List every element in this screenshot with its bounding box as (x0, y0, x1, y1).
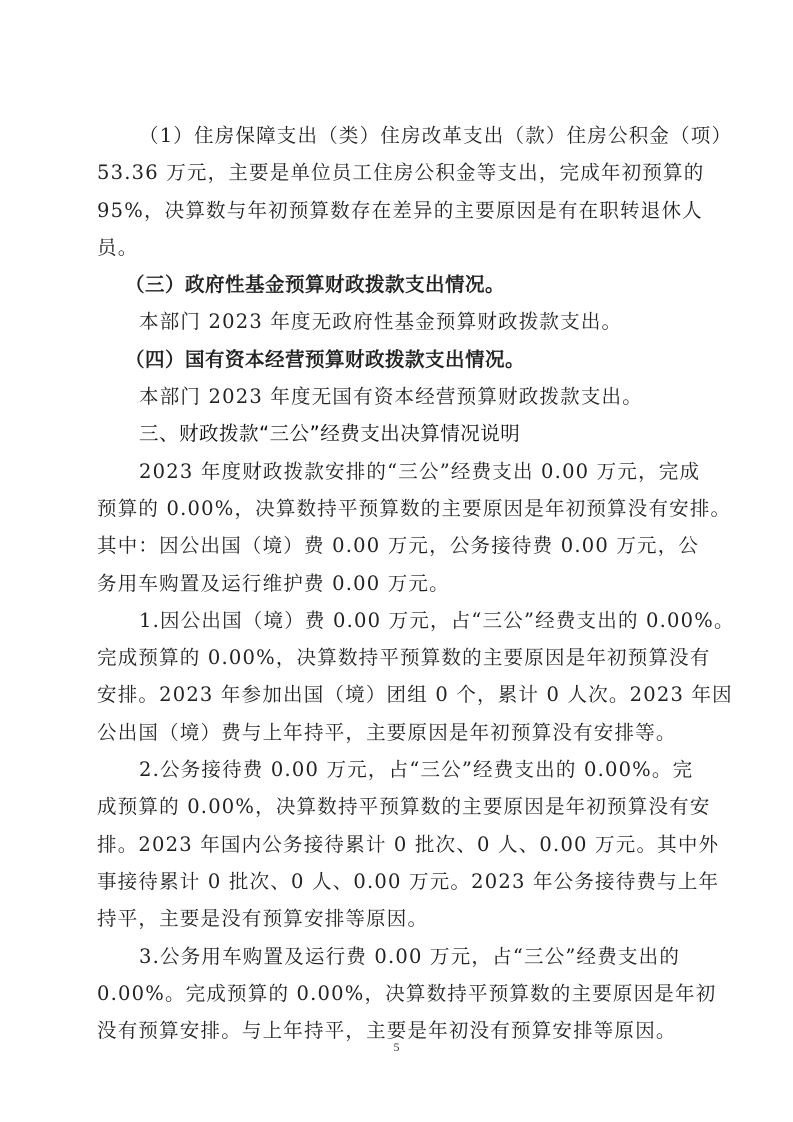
paragraph-line: 95%，决算数与年初预算数存在差异的主要原因是有在职转退休人 (97, 192, 697, 229)
paragraph-line: 2.公务接待费 0.00 万元，占“三公”经费支出的 0.00%。完 (97, 751, 697, 788)
paragraph-line: 完成预算的 0.00%，决算数持平预算数的主要原因是年初预算没有 (97, 639, 697, 676)
paragraph-line: （1）住房保障支出（类）住房改革支出（款）住房公积金（项） (97, 117, 697, 154)
chapter-heading: 三、财政拨款“三公”经费支出决算情况说明 (97, 415, 697, 452)
paragraph-line: 安排。2023 年参加出国（境）团组 0 个，累计 0 人次。2023 年因 (97, 676, 697, 713)
paragraph-line: 成预算的 0.00%，决算数持平预算数的主要原因是年初预算没有安 (97, 788, 697, 825)
document-body: （1）住房保障支出（类）住房改革支出（款）住房公积金（项） 53.36 万元，主… (97, 117, 697, 1049)
paragraph-line: 事接待累计 0 批次、0 人、0.00 万元。2023 年公务接待费与上年 (97, 863, 697, 900)
paragraph-line: 员。 (97, 229, 697, 266)
paragraph-line: 1.因公出国（境）费 0.00 万元，占“三公”经费支出的 0.00%。 (97, 602, 697, 639)
paragraph-line: 3.公务用车购置及运行费 0.00 万元，占“三公”经费支出的 (97, 938, 697, 975)
section-heading: （四）国有资本经营预算财政拨款支出情况。 (97, 341, 697, 378)
paragraph-line: 0.00%。完成预算的 0.00%，决算数持平预算数的主要原因是年初 (97, 975, 697, 1012)
paragraph-line: 公出国（境）费与上年持平，主要原因是年初预算没有安排等。 (97, 714, 697, 751)
document-page: （1）住房保障支出（类）住房改革支出（款）住房公积金（项） 53.36 万元，主… (0, 0, 793, 1122)
paragraph-line: 预算的 0.00%，决算数持平预算数的主要原因是年初预算没有安排。 (97, 490, 697, 527)
paragraph-line: 53.36 万元，主要是单位员工住房公积金等支出，完成年初预算的 (97, 154, 697, 191)
page-number: 5 (0, 1040, 793, 1055)
paragraph-line: 持平，主要是没有预算安排等原因。 (97, 900, 697, 937)
section-heading: （三）政府性基金预算财政拨款支出情况。 (97, 266, 697, 303)
paragraph-line: 排。2023 年国内公务接待累计 0 批次、0 人、0.00 万元。其中外 (97, 826, 697, 863)
paragraph-line: 2023 年度财政拨款安排的“三公”经费支出 0.00 万元，完成 (97, 453, 697, 490)
paragraph-line: 务用车购置及运行维护费 0.00 万元。 (97, 565, 697, 602)
paragraph-line: 本部门 2023 年度无国有资本经营预算财政拨款支出。 (97, 378, 697, 415)
paragraph-line: 本部门 2023 年度无政府性基金预算财政拨款支出。 (97, 303, 697, 340)
paragraph-line: 其中：因公出国（境）费 0.00 万元，公务接待费 0.00 万元，公 (97, 527, 697, 564)
